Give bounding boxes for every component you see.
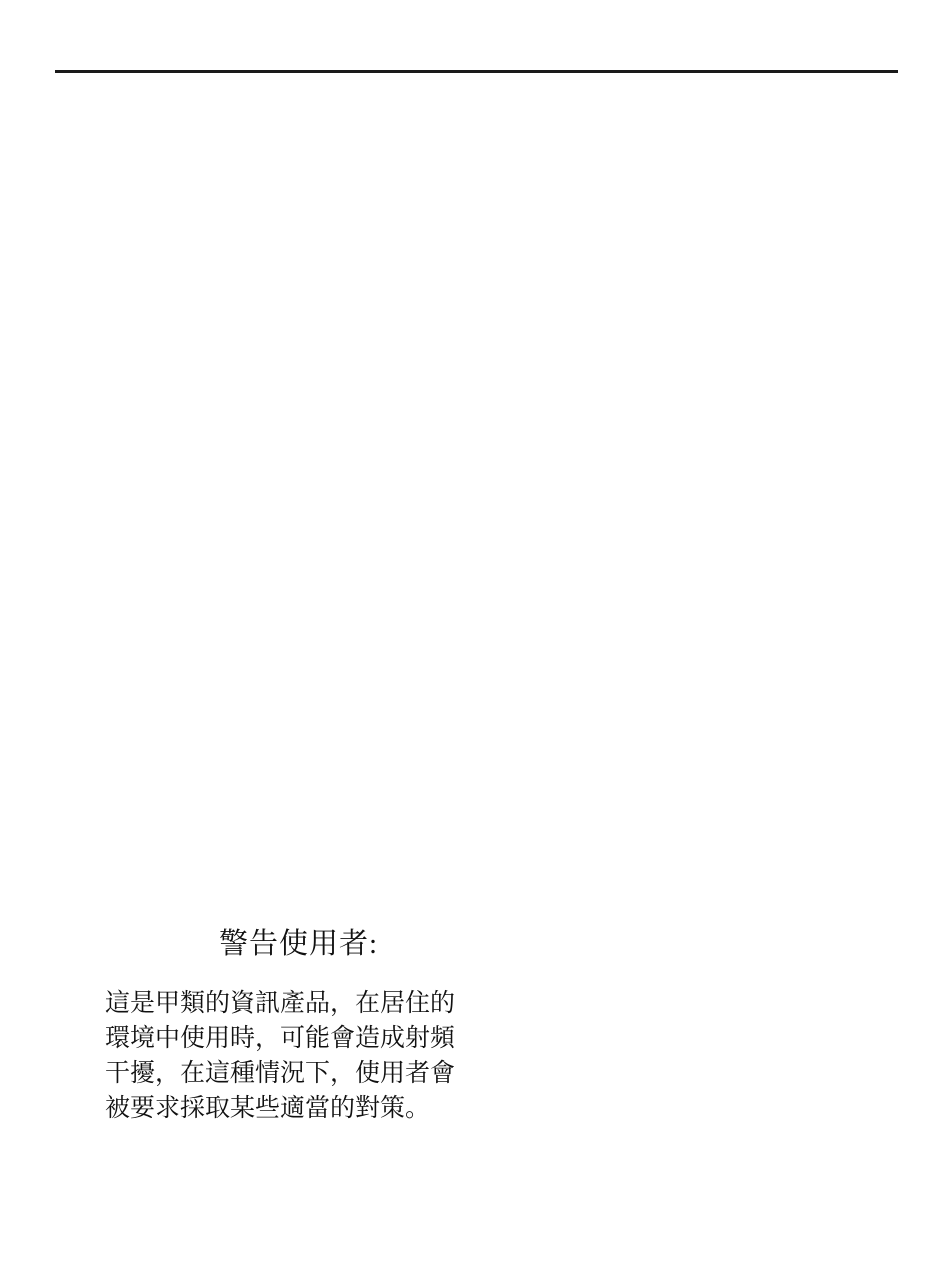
header-rule (55, 70, 898, 73)
warning-paragraph: 這是甲類的資訊產品，在居住的 環境中使用時，可能會造成射頻 干擾，在這種情況下，… (105, 986, 455, 1126)
warning-line: 環境中使用時，可能會造成射頻 (105, 1021, 455, 1056)
warning-line: 這是甲類的資訊產品，在居住的 (105, 986, 455, 1021)
document-page: 警告使用者: 這是甲類的資訊產品，在居住的 環境中使用時，可能會造成射頻 干擾，… (0, 0, 950, 1274)
warning-line: 干擾，在這種情況下，使用者會 (105, 1056, 455, 1091)
warning-line: 被要求採取某些適當的對策。 (105, 1091, 455, 1126)
warning-heading: 警告使用者: (219, 926, 378, 962)
